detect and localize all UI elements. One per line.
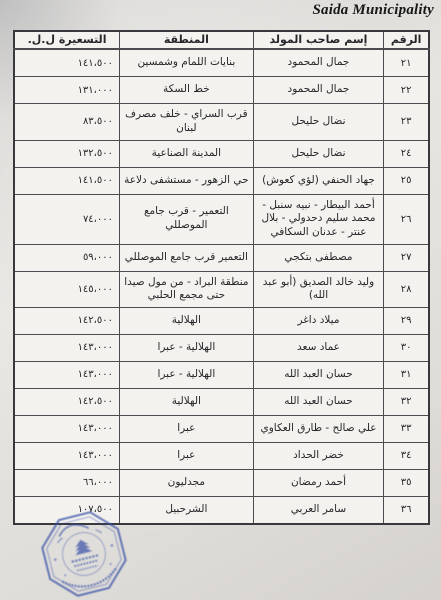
cell-area: بنايات اللمام وشمسين	[120, 49, 254, 77]
cell-area: التعمير قرب جامع الموصللي	[120, 244, 254, 271]
table-row: ٣٤خضر الحدادعبرا١٤٣،٠٠٠	[14, 442, 429, 469]
cell-tariff: ١٣٢،٥٠٠	[14, 140, 120, 167]
cell-number: ٣٠	[384, 334, 429, 361]
cell-number: ٢٨	[384, 271, 429, 307]
cell-number: ٣٦	[384, 496, 429, 524]
table-row: ٣٠عماد سعدالهلالية - عبرا١٤٣،٠٠٠	[14, 334, 429, 361]
cell-tariff: ٨٣،٥٠٠	[14, 104, 120, 140]
cell-tariff: ١٤٣،٠٠٠	[14, 334, 120, 361]
cell-owner: مصطفى بتكجي	[253, 244, 384, 271]
cell-area: الهلالية - عبرا	[120, 361, 254, 388]
cell-owner: أحمد رمضان	[253, 469, 384, 496]
municipality-stamp	[34, 508, 134, 600]
cell-number: ٣١	[384, 361, 429, 388]
cell-area: منطقة البراد - من مول صيدا حتى مجمع الحل…	[120, 271, 254, 307]
table-row: ٢٧مصطفى بتكجيالتعمير قرب جامع الموصللي٥٩…	[14, 244, 429, 271]
table-row: ٢٢جمال المحمودخط السكة١٣١،٠٠٠	[14, 77, 429, 104]
stamp-text-line	[74, 560, 98, 566]
cell-tariff: ١٤٢،٥٠٠	[14, 307, 120, 334]
cell-area: مجدليون	[120, 469, 254, 496]
table-row: ٣١حسان العبد اللهالهلالية - عبرا١٤٣،٠٠٠	[14, 361, 429, 388]
cell-tariff: ١٤١،٥٠٠	[14, 49, 120, 77]
cell-number: ٢٥	[384, 167, 429, 194]
cell-owner: نضال حليحل	[253, 140, 384, 167]
cell-owner: عماد سعد	[253, 334, 384, 361]
cell-tariff: ١٤٢،٥٠٠	[14, 388, 120, 415]
cell-tariff: ١٤١،٥٠٠	[14, 167, 120, 194]
cell-owner: أحمد البيطار - نبيه سنبل - محمد سليم دحد…	[253, 194, 384, 244]
stamp-octagon-outer	[37, 508, 131, 600]
cell-area: التعمير - قرب جامع الموصللي	[120, 194, 254, 244]
cell-owner: نضال حليحل	[253, 104, 384, 140]
cell-number: ٣٢	[384, 388, 429, 415]
cell-owner: حسان العبد الله	[253, 361, 384, 388]
cell-number: ٣٣	[384, 415, 429, 442]
tariff-table: الرقم إسم صاحب المولد المنطقة التسعيرة ل…	[13, 30, 430, 525]
cell-tariff: ٥٩،٠٠٠	[14, 244, 120, 271]
cell-area: عبرا	[120, 415, 254, 442]
cell-area: المدينة الصناعية	[120, 140, 254, 167]
table-row: ٢٩ميلاد داغرالهلالية١٤٢،٥٠٠	[14, 307, 429, 334]
cell-tariff: ١٤٣،٠٠٠	[14, 361, 120, 388]
stamp-circle	[58, 528, 110, 580]
cell-tariff: ٦٦،٠٠٠	[14, 469, 120, 496]
table-row: ٢٨وليد خالد الصديق (أبو عبد الله)منطقة ا…	[14, 271, 429, 307]
cell-area: الهلالية	[120, 307, 254, 334]
table-row: ٢٥جهاد الحنفي (لؤي كعوش)حي الزهور - مستش…	[14, 167, 429, 194]
cell-area: قرب السراي - خلف مصرف لبنان	[120, 104, 254, 140]
cell-owner: وليد خالد الصديق (أبو عبد الله)	[253, 271, 384, 307]
cell-area: حي الزهور - مستشفى دلاعة	[120, 167, 254, 194]
stamp-text-line	[72, 555, 99, 562]
cell-number: ٣٤	[384, 442, 429, 469]
table-row: ٢١جمال المحمودبنايات اللمام وشمسين١٤١،٥٠…	[14, 49, 429, 77]
cell-number: ٢٣	[384, 104, 429, 140]
cell-number: ٢٧	[384, 244, 429, 271]
document-title: Saida Municipality	[312, 2, 434, 19]
table-row: ٣٢حسان العبد اللهالهلالية١٤٢،٥٠٠	[14, 388, 429, 415]
cell-area: الشرحبيل	[120, 496, 254, 524]
cell-tariff: ١٤٣،٠٠٠	[14, 415, 120, 442]
cell-owner: جمال المحمود	[253, 49, 384, 77]
table-row: ٢٦أحمد البيطار - نبيه سنبل - محمد سليم د…	[14, 194, 429, 244]
cell-tariff: ١٣١،٠٠٠	[14, 77, 120, 104]
table-row: ٣٣علي صالح - طارق العكاويعبرا١٤٣،٠٠٠	[14, 415, 429, 442]
header-tariff: التسعيرة ل.ل.	[14, 31, 120, 49]
cell-number: ٢٢	[384, 77, 429, 104]
cell-tariff: ١٤٥،٠٠٠	[14, 271, 120, 307]
cell-owner: ميلاد داغر	[253, 307, 384, 334]
cell-owner: سامر العربي	[253, 496, 384, 524]
cell-number: ٢٩	[384, 307, 429, 334]
cell-area: الهلالية - عبرا	[120, 334, 254, 361]
cell-owner: علي صالح - طارق العكاوي	[253, 415, 384, 442]
cell-number: ٣٥	[384, 469, 429, 496]
cell-tariff: ٧٤،٠٠٠	[14, 194, 120, 244]
table-header-row: الرقم إسم صاحب المولد المنطقة التسعيرة ل…	[14, 31, 429, 49]
stamp-octagon-inner	[42, 512, 126, 596]
cell-owner: جهاد الحنفي (لؤي كعوش)	[253, 167, 384, 194]
header-number: الرقم	[384, 31, 429, 49]
cell-number: ٢٤	[384, 140, 429, 167]
stamp-text-line	[77, 566, 98, 571]
cell-owner: خضر الحداد	[253, 442, 384, 469]
cell-area: عبرا	[120, 442, 254, 469]
cell-area: خط السكة	[120, 77, 254, 104]
header-owner: إسم صاحب المولد	[253, 31, 384, 49]
cell-number: ٢٦	[384, 194, 429, 244]
cell-number: ٢١	[384, 49, 429, 77]
table-row: ٣٥أحمد رمضانمجدليون٦٦،٠٠٠	[14, 469, 429, 496]
table-row: ٢٣نضال حليحلقرب السراي - خلف مصرف لبنان٨…	[14, 104, 429, 140]
table-row: ٢٤نضال حليحلالمدينة الصناعية١٣٢،٥٠٠	[14, 140, 429, 167]
cell-owner: جمال المحمود	[253, 77, 384, 104]
cedar-emblem	[72, 538, 92, 555]
cell-owner: حسان العبد الله	[253, 388, 384, 415]
cell-tariff: ١٤٣،٠٠٠	[14, 442, 120, 469]
header-area: المنطقة	[120, 31, 254, 49]
cell-area: الهلالية	[120, 388, 254, 415]
